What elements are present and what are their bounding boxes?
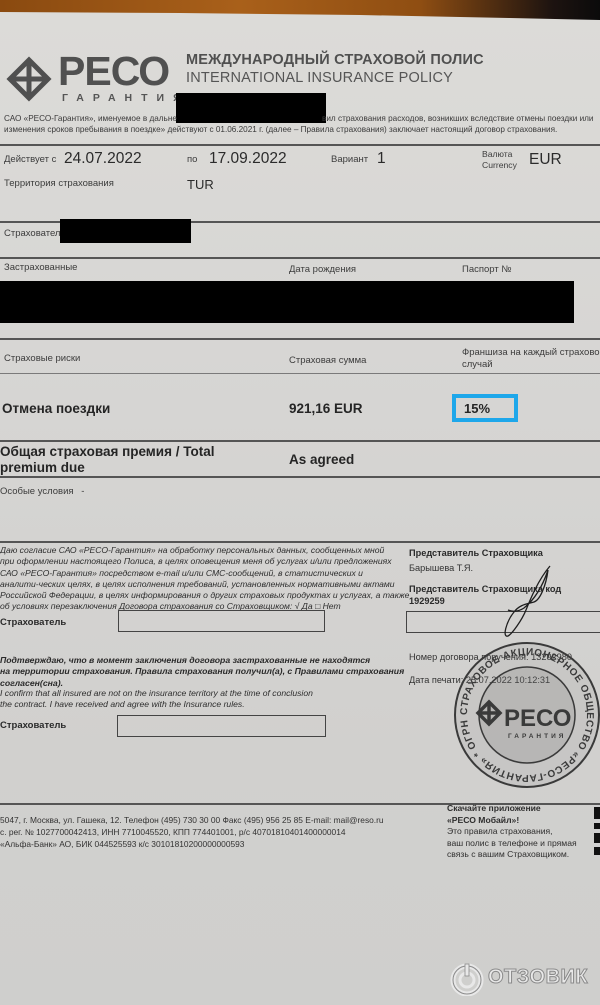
currency-value: EUR <box>529 151 562 169</box>
premium-label: Общая страховая премия / Total premium d… <box>0 444 214 476</box>
title-english: INTERNATIONAL INSURANCE POLICY <box>186 70 453 86</box>
deductible-highlight-box: 15% <box>452 394 518 422</box>
consent-signer-label: Страхователь <box>0 617 66 628</box>
premium-label-line1: Общая страховая премия / Total <box>0 444 214 460</box>
premium-value: As agreed <box>289 452 354 467</box>
intro-text-line1-left: САО «РЕСО-Гарантия», именуемое в дальне <box>4 114 177 123</box>
svg-text:РЕСО: РЕСО <box>504 705 571 732</box>
divider <box>0 541 600 543</box>
risk-sum: 921,16 EUR <box>289 401 363 416</box>
variant-label: Вариант <box>331 154 368 165</box>
confirm-line: Подтверждаю, что в момент заключения дог… <box>0 655 404 666</box>
divider <box>0 144 600 146</box>
redacted-insured-persons <box>0 281 574 323</box>
special-conditions: Особые условия - <box>0 486 84 497</box>
representative-name: Барышева Т.Я. <box>409 563 473 573</box>
representative-label: Представитель Страховщика <box>409 548 543 558</box>
currency-label-en: Currency <box>482 160 517 171</box>
consent-line: Даю согласие САО «РЕСО-Гарантия» на обра… <box>0 545 409 556</box>
company-address: 5047, г. Москва, ул. Гашека, 12. Телефон… <box>0 814 384 826</box>
svg-text:ГАРАНТИЯ: ГАРАНТИЯ <box>508 733 566 740</box>
valid-from-label: Действует с <box>4 154 56 165</box>
deductible-label-line1: Франшиза на каждый страхово <box>462 347 600 359</box>
qr-code-icon <box>594 805 600 857</box>
redacted-policyholder-name <box>60 219 191 243</box>
special-conditions-label: Особые условия <box>0 486 74 497</box>
redacted-policy-number <box>176 93 326 123</box>
confirm-signer-label: Страхователь <box>0 720 66 731</box>
representative-code: 1929259 <box>409 596 445 606</box>
deductible-label: Франшиза на каждый страхово случай <box>462 347 600 371</box>
intro-text-line1-right: вил страхования расходов, возникших всле… <box>322 114 594 123</box>
risk-name: Отмена поездки <box>2 401 110 416</box>
reso-emblem-icon <box>6 56 52 102</box>
stamp-seal-icon: СТРАХОВОЕ АКЦИОНЕРНОЕ ОБЩЕСТВО «РЕСО-ГАР… <box>452 640 600 790</box>
reso-logo: РЕСО ГАРАНТИЯ <box>6 52 176 108</box>
valid-to-label: по <box>187 154 197 165</box>
title-russian: МЕЖДУНАРОДНЫЙ СТРАХОВОЙ ПОЛИС <box>186 52 484 68</box>
consent-signature-field[interactable] <box>118 610 325 632</box>
divider <box>0 476 600 478</box>
brand-name: РЕСО <box>58 48 169 95</box>
territory-value: TUR <box>187 177 214 192</box>
confirm-text-ru: Подтверждаю, что в момент заключения дог… <box>0 655 404 689</box>
premium-label-line2: premium due <box>0 460 214 476</box>
territory-label: Территория страхования <box>4 178 114 189</box>
birthdate-label: Дата рождения <box>289 264 356 275</box>
passport-label: Паспорт № <box>462 264 512 275</box>
consent-line: аналити-ческих целях, в целях исполнения… <box>0 579 409 590</box>
company-stamp: СТРАХОВОЕ АКЦИОНЕРНОЕ ОБЩЕСТВО «РЕСО-ГАР… <box>452 640 600 790</box>
confirm-line: the contract. I have received and agree … <box>0 699 313 710</box>
deductible-label-line2: случай <box>462 359 600 371</box>
brand-subtitle: ГАРАНТИЯ <box>62 92 190 104</box>
consent-line: Российской Федерации, в целях информиров… <box>0 590 409 601</box>
otzovik-watermark: ОТЗОВИК <box>450 962 600 996</box>
divider <box>0 338 600 340</box>
app-promo-line: связь с вашим Страховщиком. <box>447 849 577 861</box>
valid-from-date: 24.07.2022 <box>64 150 142 168</box>
confirm-line: I confirm that all insured are not on th… <box>0 688 313 699</box>
currency-label: Валюта Currency <box>482 149 517 171</box>
divider <box>0 257 600 259</box>
signature-scribble-icon <box>490 560 560 640</box>
confirm-text-en: I confirm that all insured are not on th… <box>0 688 313 711</box>
policyholder-label: Страхователь <box>4 228 65 239</box>
deductible-value: 15% <box>464 401 490 416</box>
app-promo-line: «РЕСО Мобайл»! <box>447 815 577 827</box>
company-registration: с. рег. № 1027700042413, ИНН 7710045520,… <box>0 826 384 838</box>
divider <box>0 440 600 442</box>
app-promo: Скачайте приложение «РЕСО Мобайл»! Это п… <box>447 803 577 861</box>
confirm-signature-field[interactable] <box>117 715 326 737</box>
company-details: 5047, г. Москва, ул. Гашека, 12. Телефон… <box>0 814 384 850</box>
app-promo-line: Скачайте приложение <box>447 803 577 815</box>
consent-text: Даю согласие САО «РЕСО-Гарантия» на обра… <box>0 545 409 613</box>
confirm-line: на территории страхования. Правила страх… <box>0 666 404 677</box>
app-promo-line: Это правила страхования, <box>447 826 577 838</box>
otzovik-logo-icon <box>450 962 484 996</box>
risks-label: Страховые риски <box>4 353 80 364</box>
company-bank: «Альфа-Банк» АО, БИК 044525593 к/с 30101… <box>0 838 384 850</box>
consent-line: САО «РЕСО-Гарантия» посредством e-mail и… <box>0 568 409 579</box>
sum-label: Страховая сумма <box>289 355 366 366</box>
divider <box>0 373 600 374</box>
currency-label-ru: Валюта <box>482 149 517 160</box>
intro-text-line2: изменения сроков пребывания в поездке» д… <box>4 125 557 134</box>
valid-to-date: 17.09.2022 <box>209 150 287 168</box>
consent-line: при оформлении настоящего Полиса, в целя… <box>0 556 409 567</box>
otzovik-text: ОТЗОВИК <box>488 966 588 989</box>
special-conditions-value: - <box>81 486 84 497</box>
variant-value: 1 <box>377 150 386 168</box>
insured-label: Застрахованные <box>4 262 77 273</box>
app-promo-line: ваш полис в телефоне и прямая <box>447 838 577 850</box>
